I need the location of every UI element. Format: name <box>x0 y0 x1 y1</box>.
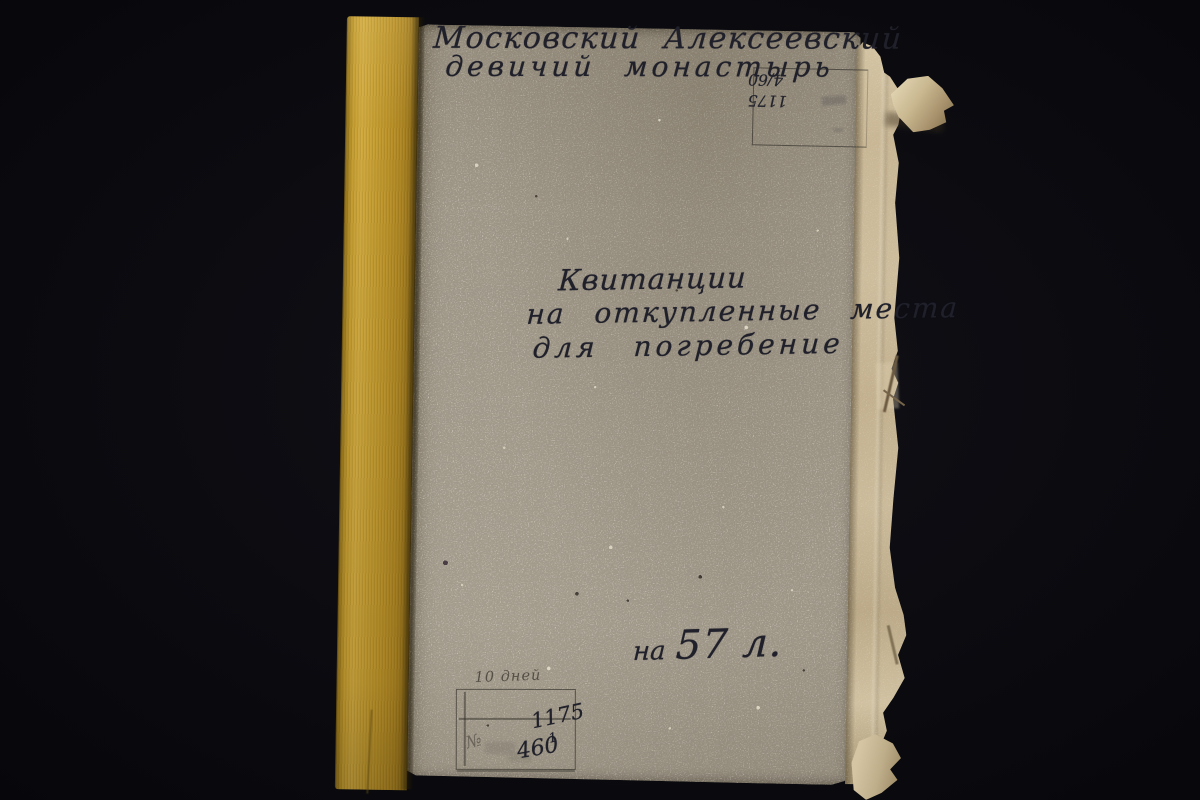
archival-stamp-box-top: 1175 4/60 <box>752 67 869 147</box>
stamp-inner-line-vertical <box>464 692 466 766</box>
numero-mark: № <box>464 730 484 753</box>
duration-note: 10 дней <box>474 668 541 686</box>
sheet-count-value: 57 л. <box>675 620 784 669</box>
sheet-count-prefix: на <box>632 636 666 667</box>
faint-pencil-mark <box>485 742 515 754</box>
archive-book-cover: Московский Алексеевский девичий монастыр… <box>323 16 917 800</box>
delo-number: 460 <box>515 733 561 765</box>
catalog-numbers-flipped: 1175 4/60 <box>748 68 795 111</box>
title-line3: для погребение <box>532 325 959 366</box>
catalog-number-bottom-flipped: 4/60 <box>748 68 794 90</box>
title-inscription: Квитанции на откупленные места для погре… <box>524 257 962 366</box>
sheet-count: на 57 л. <box>632 620 783 670</box>
photo-background: Московский Алексеевский девичий монастыр… <box>0 0 1200 800</box>
faint-pencil-mark <box>833 128 843 132</box>
faint-pencil-mark <box>821 95 846 106</box>
title-line2: на откупленные места <box>526 291 961 332</box>
catalog-number-top-flipped: 1175 <box>748 89 794 111</box>
archival-stamp-box-bottom: № 1175 1 460 <box>456 689 576 770</box>
